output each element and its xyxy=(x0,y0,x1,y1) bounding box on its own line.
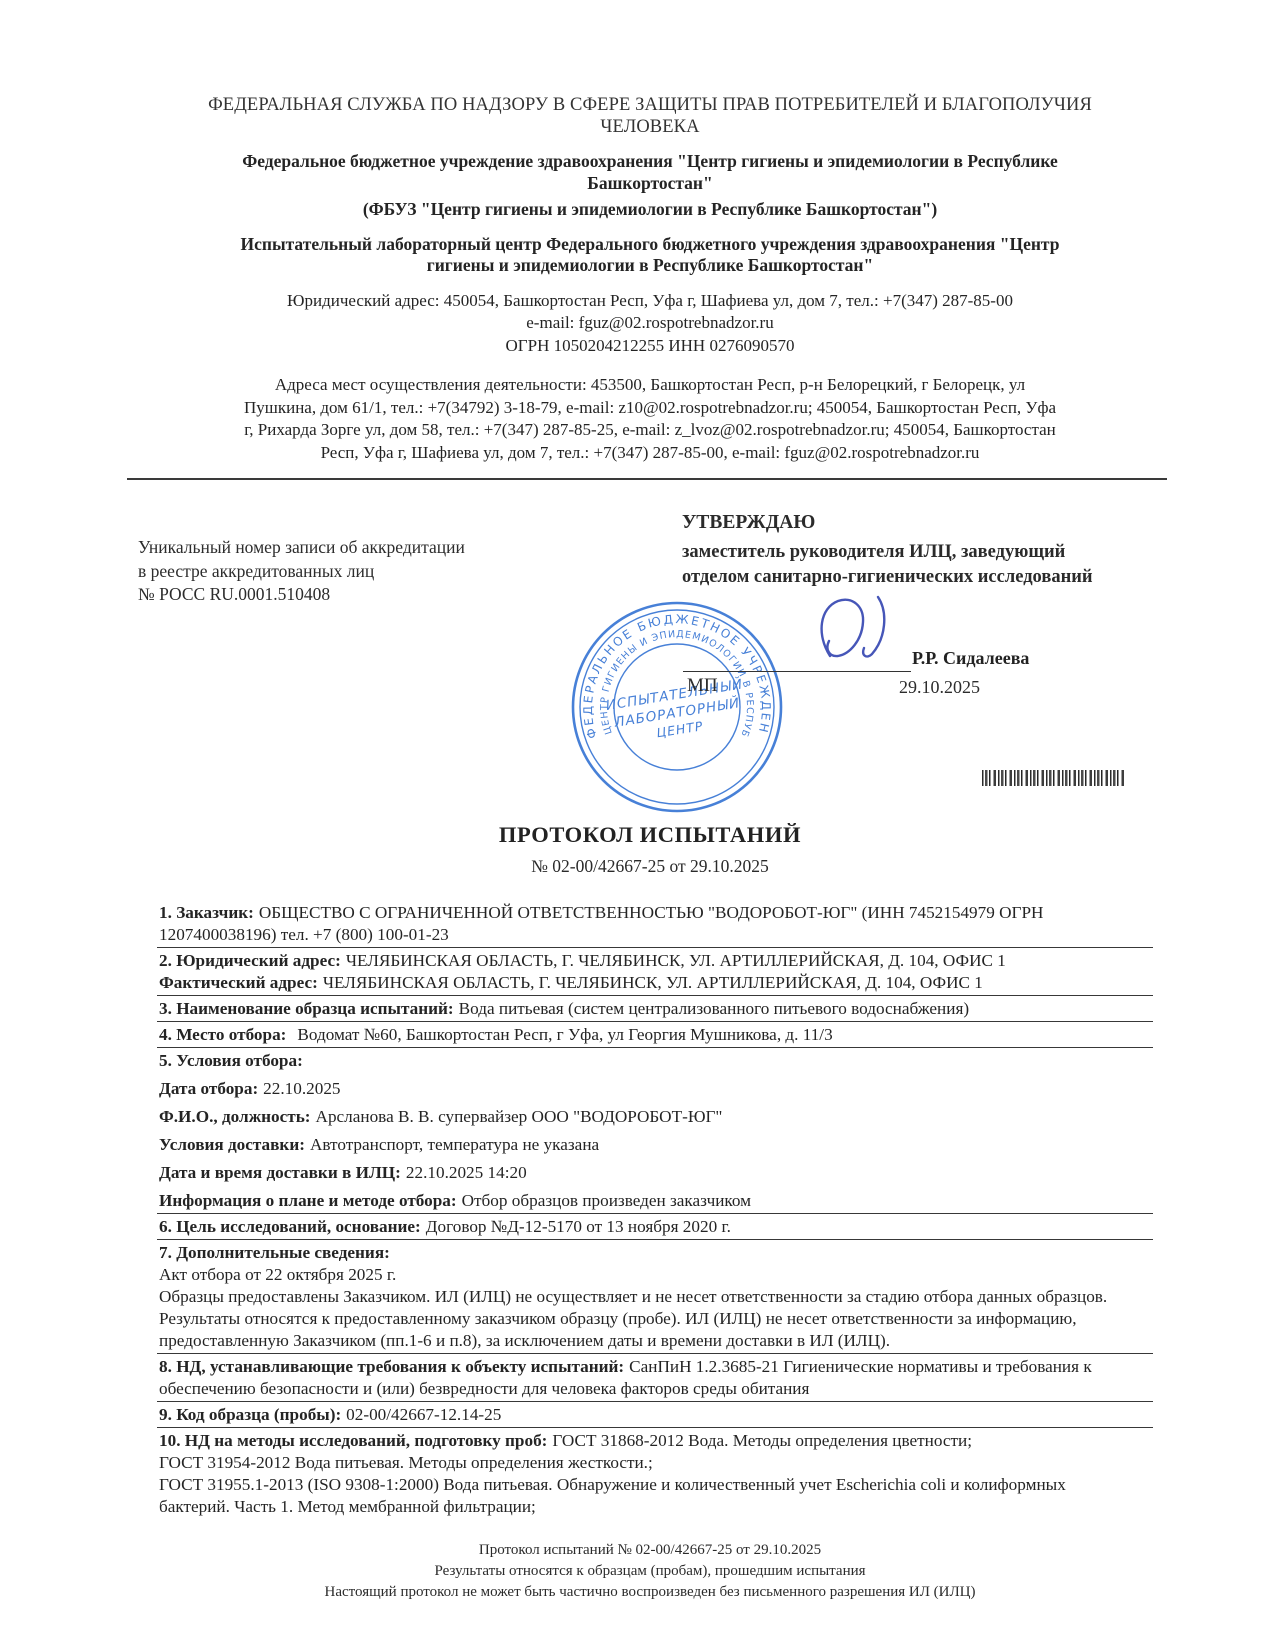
agency-name: ФЕДЕРАЛЬНАЯ СЛУЖБА ПО НАДЗОРУ В СФЕРЕ ЗА… xyxy=(150,94,1150,138)
activity-addresses-line4: Респ, Уфа г, Шафиева ул, дом 7, тел.: +7… xyxy=(150,442,1150,465)
sampling-date-label: Дата отбора: xyxy=(159,1079,258,1098)
page-footer: Протокол испытаний № 02-00/42667-25 от 2… xyxy=(150,1540,1150,1603)
mp-label: МП xyxy=(687,675,718,697)
organization-short-name: (ФБУЗ "Центр гигиены и эпидемиологии в Р… xyxy=(150,199,1150,221)
delivery-conditions-row: Условия доставки:Автотранспорт, температ… xyxy=(159,1134,1117,1156)
agency-name-line1: ФЕДЕРАЛЬНАЯ СЛУЖБА ПО НАДЗОРУ В СФЕРЕ ЗА… xyxy=(150,94,1150,116)
signature-loop xyxy=(822,600,863,656)
actual-address-row: Фактический адрес:ЧЕЛЯБИНСКАЯ ОБЛАСТЬ, Г… xyxy=(159,972,1117,994)
approval-title: УТВЕРЖДАЮ xyxy=(682,511,1122,535)
legal-address: Юридический адрес: 450054, Башкортостан … xyxy=(150,290,1150,313)
header-divider xyxy=(127,478,1167,480)
requirements-nd-label: 8. НД, устанавливающие требования к объе… xyxy=(159,1357,624,1376)
sample-code-label: 9. Код образца (пробы): xyxy=(159,1405,341,1424)
organization-name-line1: Федеральное бюджетное учреждение здравоо… xyxy=(150,151,1150,173)
laboratory-center-name: Испытательный лабораторный центр Федерал… xyxy=(150,234,1150,277)
protocol-document-page: ФЕДЕРАЛЬНАЯ СЛУЖБА ПО НАДЗОРУ В СФЕРЕ ЗА… xyxy=(0,0,1275,1650)
laboratory-name-line2: гигиены и эпидемиологии в Республике Баш… xyxy=(150,255,1150,277)
sampling-plan-row: Информация о плане и методе отбора:Отбор… xyxy=(159,1190,1117,1212)
legal-address-value: ЧЕЛЯБИНСКАЯ ОБЛАСТЬ, Г. ЧЕЛЯБИНСК, УЛ. А… xyxy=(346,951,1006,970)
activity-addresses-line1: Адреса мест осуществления деятельности: … xyxy=(150,374,1150,397)
delivery-conditions-value: Автотранспорт, температура не указана xyxy=(310,1135,599,1154)
sampling-place-value: Водомат №60, Башкортостан Респ, г Уфа, у… xyxy=(297,1025,832,1044)
protocol-title-block: ПРОТОКОЛ ИСПЫТАНИЙ № 02-00/42667-25 от 2… xyxy=(150,822,1150,877)
sampling-act-line: Акт отбора от 22 октября 2025 г. xyxy=(159,1264,1117,1286)
section-customer: 1. Заказчик:ОБЩЕСТВО С ОГРАНИЧЕННОЙ ОТВЕ… xyxy=(157,900,1153,947)
approver-position: заместитель руководителя ИЛЦ, заведующий… xyxy=(682,540,1122,590)
delivery-datetime-value: 22.10.2025 14:20 xyxy=(406,1163,527,1182)
section-customer-value: ОБЩЕСТВО С ОГРАНИЧЕННОЙ ОТВЕТСТВЕННОСТЬЮ… xyxy=(159,903,1043,944)
additional-info-label: 7. Дополнительные сведения: xyxy=(159,1242,1112,1264)
sampling-conditions-label: 5. Условия отбора: xyxy=(159,1050,1112,1072)
accreditation-block: Уникальный номер записи об аккредитации … xyxy=(138,536,568,607)
actual-address-label: Фактический адрес: xyxy=(159,973,318,992)
sampler-label: Ф.И.О., должность: xyxy=(159,1107,311,1126)
accreditation-line1: Уникальный номер записи об аккредитации xyxy=(138,536,568,560)
delivery-conditions-label: Условия доставки: xyxy=(159,1135,305,1154)
protocol-number: № 02-00/42667-25 от 29.10.2025 xyxy=(150,856,1150,877)
sampling-plan-value: Отбор образцов произведен заказчиком xyxy=(462,1191,751,1210)
stamp-center-text: ИСПЫТАТЕЛЬНЫЙ ЛАБОРАТОРНЫЙ ЦЕНТР xyxy=(604,674,749,747)
org-email: e-mail: fguz@02.rospotrebnadzor.ru xyxy=(150,312,1150,335)
legal-address-label: 2. Юридический адрес: xyxy=(159,951,341,970)
letterhead: ФЕДЕРАЛЬНАЯ СЛУЖБА ПО НАДЗОРУ В СФЕРЕ ЗА… xyxy=(150,94,1150,464)
method-2: ГОСТ 31954-2012 Вода питьевая. Методы оп… xyxy=(159,1452,1117,1474)
purpose-label: 6. Цель исследований, основание: xyxy=(159,1217,421,1236)
section-additional-info: 7. Дополнительные сведения: Акт отбора о… xyxy=(157,1239,1153,1353)
approval-date: 29.10.2025 xyxy=(899,677,980,698)
signature-line xyxy=(683,671,911,672)
laboratory-name-line1: Испытательный лабораторный центр Федерал… xyxy=(150,234,1150,256)
accreditation-line2: в реестре аккредитованных лиц xyxy=(138,560,568,584)
sampler-row: Ф.И.О., должность:Арсланова В. В. суперв… xyxy=(159,1106,1117,1128)
footer-reproduction-note: Настоящий протокол не может быть частичн… xyxy=(150,1582,1150,1603)
methods-nd-label: 10. НД на методы исследований, подготовк… xyxy=(159,1431,547,1450)
approval-block: УТВЕРЖДАЮ заместитель руководителя ИЛЦ, … xyxy=(682,511,1122,590)
sampling-place-label: 4. Место отбора: xyxy=(159,1025,286,1044)
activity-addresses: Адреса мест осуществления деятельности: … xyxy=(150,374,1150,464)
section-purpose: 6. Цель исследований, основание:Договор … xyxy=(157,1213,1153,1239)
sample-name-label: 3. Наименование образца испытаний: xyxy=(159,999,454,1018)
protocol-title: ПРОТОКОЛ ИСПЫТАНИЙ xyxy=(150,822,1150,848)
purpose-value: Договор №Д-12-5170 от 13 ноября 2020 г. xyxy=(426,1217,731,1236)
organization-name: Федеральное бюджетное учреждение здравоо… xyxy=(150,151,1150,194)
accreditation-number: № РОСС RU.0001.510408 xyxy=(138,583,568,607)
protocol-sections: 1. Заказчик:ОБЩЕСТВО С ОГРАНИЧЕННОЙ ОТВЕ… xyxy=(157,900,1153,1519)
agency-name-line2: ЧЕЛОВЕКА xyxy=(150,116,1150,138)
approver-position-line1: заместитель руководителя ИЛЦ, заведующий xyxy=(682,540,1122,565)
section-customer-label: 1. Заказчик: xyxy=(159,903,254,922)
legal-address-row: 2. Юридический адрес:ЧЕЛЯБИНСКАЯ ОБЛАСТЬ… xyxy=(159,950,1117,972)
section-sampling-conditions: 5. Условия отбора: Дата отбора:22.10.202… xyxy=(157,1047,1153,1213)
sample-name-value: Вода питьевая (систем централизованного … xyxy=(459,999,969,1018)
sampling-date-value: 22.10.2025 xyxy=(263,1079,340,1098)
method-3: ГОСТ 31955.1-2013 (ISO 9308-1:2000) Вода… xyxy=(159,1474,1117,1518)
section-sample-code: 9. Код образца (пробы):02-00/42667-12.14… xyxy=(157,1401,1153,1427)
activity-addresses-line3: г, Рихарда Зорге ул, дом 58, тел.: +7(34… xyxy=(150,419,1150,442)
method-1: ГОСТ 31868-2012 Вода. Методы определения… xyxy=(552,1431,972,1450)
sampling-plan-label: Информация о плане и методе отбора: xyxy=(159,1191,457,1210)
methods-first-row: 10. НД на методы исследований, подготовк… xyxy=(159,1430,1117,1452)
footer-protocol-number: Протокол испытаний № 02-00/42667-25 от 2… xyxy=(150,1540,1150,1561)
disclaimer-paragraph: Образцы предоставлены Заказчиком. ИЛ (ИЛ… xyxy=(159,1286,1117,1352)
round-stamp: ФЕДЕРАЛЬНОЕ БЮДЖЕТНОЕ УЧРЕЖДЕНИЕ ЗДРАВОО… xyxy=(569,599,785,815)
approver-position-line2: отделом санитарно-гигиенических исследов… xyxy=(682,565,1122,590)
sampling-date-row: Дата отбора:22.10.2025 xyxy=(159,1078,1117,1100)
section-sampling-place: 4. Место отбора:Водомат №60, Башкортоста… xyxy=(157,1021,1153,1047)
sample-code-value: 02-00/42667-12.14-25 xyxy=(346,1405,501,1424)
signature-tail xyxy=(863,597,884,656)
organization-name-line2: Башкортостан" xyxy=(150,173,1150,195)
barcode-graphic xyxy=(982,770,1126,786)
ogrn-inn: ОГРН 1050204212255 ИНН 0276090570 xyxy=(150,335,1150,358)
signature xyxy=(812,594,912,676)
signer-name: Р.Р. Сидалеева xyxy=(912,648,1029,669)
footer-results-note: Результаты относятся к образцам (пробам)… xyxy=(150,1561,1150,1582)
section-requirements-nd: 8. НД, устанавливающие требования к объе… xyxy=(157,1353,1153,1401)
sampler-value: Арсланова В. В. супервайзер ООО "ВОДОРОБ… xyxy=(316,1107,723,1126)
section-methods-nd: 10. НД на методы исследований, подготовк… xyxy=(157,1427,1153,1519)
delivery-datetime-label: Дата и время доставки в ИЛЦ: xyxy=(159,1163,401,1182)
section-addresses: 2. Юридический адрес:ЧЕЛЯБИНСКАЯ ОБЛАСТЬ… xyxy=(157,947,1153,995)
delivery-datetime-row: Дата и время доставки в ИЛЦ:22.10.2025 1… xyxy=(159,1162,1117,1184)
activity-addresses-line2: Пушкина, дом 61/1, тел.: +7(34792) 3-18-… xyxy=(150,397,1150,420)
legal-address-block: Юридический адрес: 450054, Башкортостан … xyxy=(150,290,1150,358)
section-sample-name: 3. Наименование образца испытаний:Вода п… xyxy=(157,995,1153,1021)
actual-address-value: ЧЕЛЯБИНСКАЯ ОБЛАСТЬ, Г. ЧЕЛЯБИНСК, УЛ. А… xyxy=(323,973,983,992)
